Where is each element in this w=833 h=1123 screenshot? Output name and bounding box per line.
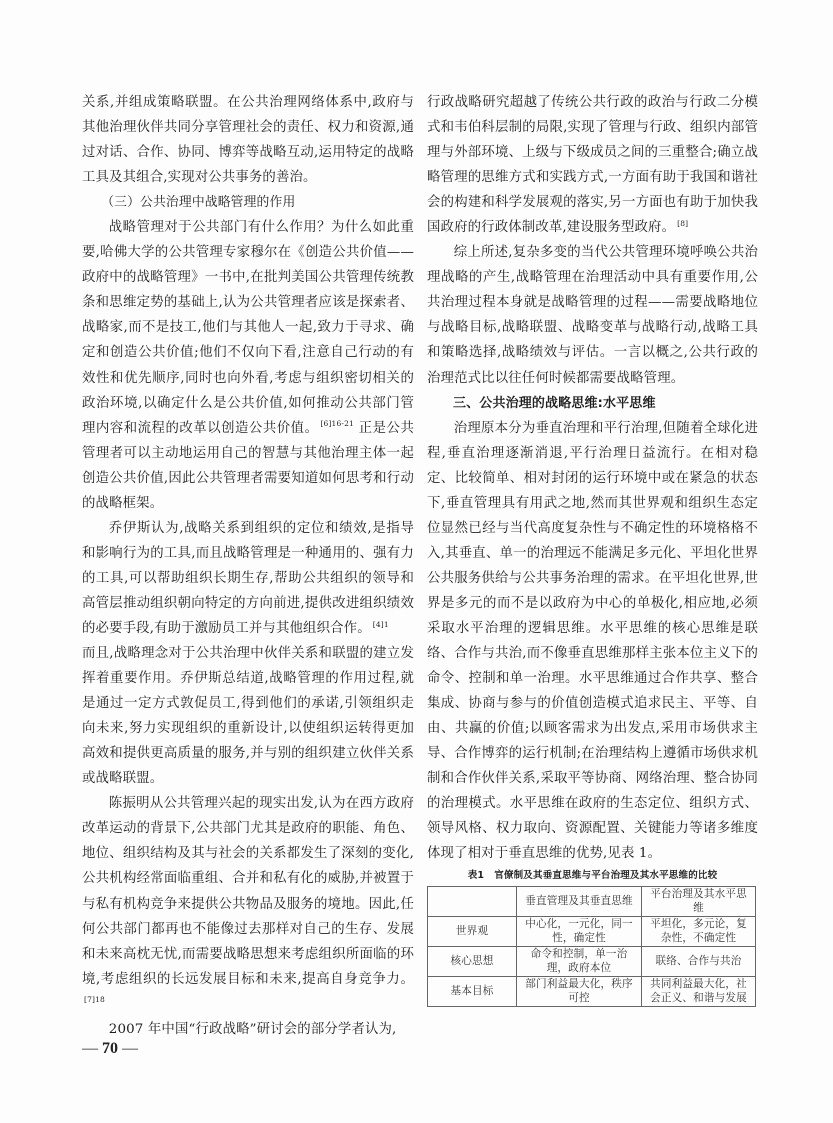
table-cell-horizontal: 共同利益最大化，社会正义、和谐与发展 — [642, 977, 756, 1007]
paragraph-2007-seminar: 2007 年中国“行政战略”研讨会的部分学者认为, — [82, 1017, 414, 1042]
table-cell-horizontal: 平坦化，多元论，复杂性，不确定性 — [642, 917, 756, 947]
table-caption: 表1官僚制及其垂直思维与平台治理及其水平思维的比较 — [427, 868, 758, 884]
subsection-heading-role-of-strategic-management: （三）公共治理中战略管理的作用 — [82, 190, 414, 215]
table-cell-vertical: 部门利益最大化，秩序可控 — [517, 977, 642, 1007]
paragraph-text: 陈振明从公共管理兴起的现实出发,认为在西方政府改革运动的背景下,公共部门尤其是政… — [82, 796, 414, 986]
table-row: 世界观 中心化，一元化，同一性，确定性 平坦化，多元论，复杂性，不确定性 — [428, 917, 756, 947]
citation-ref: [4]1 — [373, 620, 389, 629]
paragraph-joyce-strategy: 乔伊斯认为,战略关系到组织的定位和绩效,是指导和影响行为的工具,而且战略管理是一… — [82, 516, 414, 792]
citation-ref: [6]16-21 — [320, 419, 353, 428]
table-header-horizontal: 平台治理及其水平思维 — [642, 887, 756, 917]
citation-ref: [7]18 — [84, 995, 105, 1004]
page-number-value: 70 — [102, 1040, 118, 1057]
table-row: 核心思想 命令和控制，单一治理，政府本位 联络、合作与共治 — [428, 947, 756, 977]
page-number: — 70 — — [82, 1040, 138, 1058]
table-title: 官僚制及其垂直思维与平台治理及其水平思维的比较 — [494, 870, 717, 881]
table-cell-horizontal: 联络、合作与共治 — [642, 947, 756, 977]
table-cell-vertical: 命令和控制，单一治理，政府本位 — [517, 947, 642, 977]
paragraph-text: 乔伊斯认为,战略关系到组织的定位和绩效,是指导和影响行为的工具,而且战略管理是一… — [82, 521, 414, 636]
table-header-empty — [428, 887, 517, 917]
paragraph-text: 战略管理对于公共部门有什么作用？为什么如此重要,哈佛大学的公共管理专家穆尔在《创… — [82, 220, 414, 435]
paragraph-text: 而且,战略理念对于公共治理中伙伴关系和联盟的建立发挥着重要作用。乔伊斯总结道,战… — [82, 646, 414, 786]
paragraph-chen-zhenming: 陈振明从公共管理兴起的现实出发,认为在西方政府改革运动的背景下,公共部门尤其是政… — [82, 791, 414, 1016]
comparison-table: 垂直管理及其垂直思维 平台治理及其水平思维 世界观 中心化，一元化，同一性，确定… — [427, 886, 756, 1007]
paragraph-partnership-continuation: 关系,并组成策略联盟。在公共治理网络体系中,政府与其他治理伙伴共同分享管理社会的… — [82, 90, 414, 190]
table-header-vertical: 垂直管理及其垂直思维 — [517, 887, 642, 917]
table-number: 表1 — [468, 870, 485, 881]
paragraph-horizontal-governance: 治理原本分为垂直治理和平行治理,但随着全球化进程,垂直治理逐渐消退,平行治理日益… — [427, 416, 758, 867]
table-row-label: 世界观 — [428, 917, 517, 947]
section-heading-horizontal-thinking: 三、公共治理的战略思维:水平思维 — [427, 391, 758, 416]
right-column: 行政战略研究超越了传统公共行政的政治与行政二分模式和韦伯科层制的局限,实现了管理… — [427, 90, 758, 1007]
table-row-label: 核心思想 — [428, 947, 517, 977]
page-number-dash-left: — — [82, 1040, 98, 1057]
citation-ref: [8] — [677, 219, 688, 228]
paragraph-summary: 综上所述,复杂多变的当代公共管理环境呼唤公共治理战略的产生,战略管理在治理活动中… — [427, 240, 758, 390]
table-header-row: 垂直管理及其垂直思维 平台治理及其水平思维 — [428, 887, 756, 917]
paragraph-administrative-strategy: 行政战略研究超越了传统公共行政的政治与行政二分模式和韦伯科层制的局限,实现了管理… — [427, 90, 758, 240]
table-row-label: 基本目标 — [428, 977, 517, 1007]
paragraph-moore-public-value: 战略管理对于公共部门有什么作用？为什么如此重要,哈佛大学的公共管理专家穆尔在《创… — [82, 215, 414, 516]
table-cell-vertical: 中心化，一元化，同一性，确定性 — [517, 917, 642, 947]
table-row: 基本目标 部门利益最大化，秩序可控 共同利益最大化，社会正义、和谐与发展 — [428, 977, 756, 1007]
page-number-dash-right: — — [122, 1040, 138, 1057]
left-column: 关系,并组成策略联盟。在公共治理网络体系中,政府与其他治理伙伴共同分享管理社会的… — [82, 90, 414, 1042]
paragraph-text: 行政战略研究超越了传统公共行政的政治与行政二分模式和韦伯科层制的局限,实现了管理… — [427, 95, 758, 235]
